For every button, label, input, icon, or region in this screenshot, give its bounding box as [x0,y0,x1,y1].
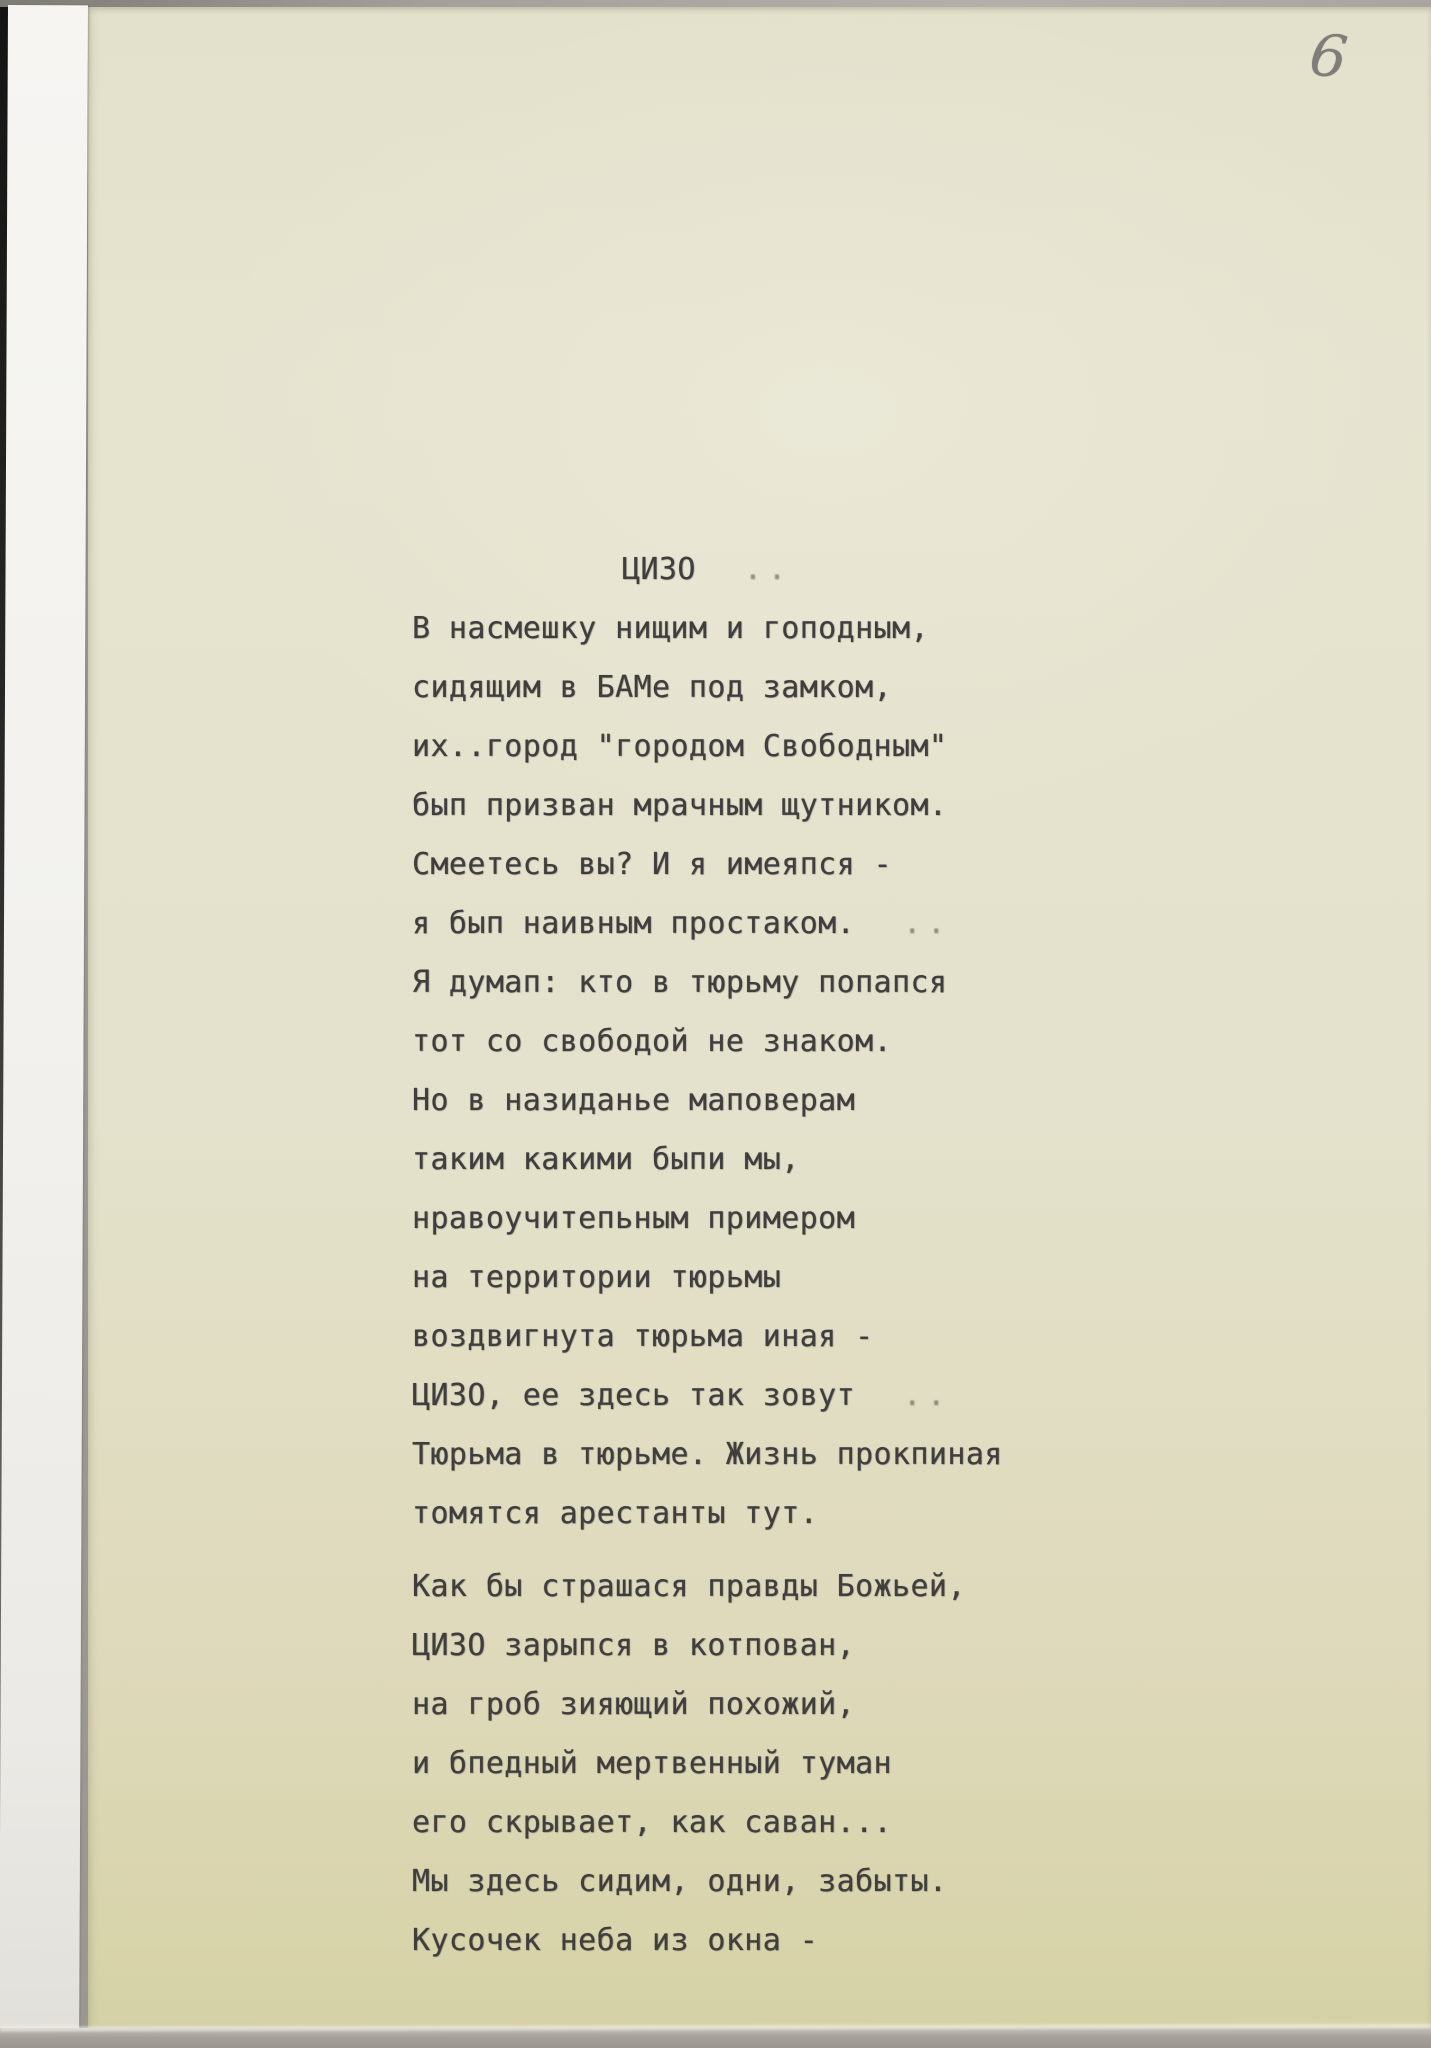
typed-smudge-mark: .. [744,552,792,587]
poem-line: и бпедный мертвенный туман [412,1734,1172,1793]
scanner-bottom-edge [0,2028,1431,2048]
poem-line: Кусочек неба из окна - [412,1911,1172,1970]
poem-line: ЦИЗО, ее здесь так зовут.. [412,1366,1172,1425]
poem-text: ЦИЗО.. В насмешку нищим и гоподным, сидя… [412,540,1172,1970]
poem-line: я бып наивным простаком... [412,894,1172,953]
poem-line: Смеетесь вы? И я имеяпся - [412,835,1172,894]
poem-title-text: ЦИЗО [622,552,696,587]
poem-line: на гроб зияющий похожий, [412,1675,1172,1734]
poem-line: на территории тюрьмы [412,1248,1172,1307]
poem-line: таким какими быпи мы, [412,1130,1172,1189]
poem-line: бып призван мрачным щутником. [412,776,1172,835]
scanner-top-edge [0,0,1431,7]
poem-line: Как бы страшася правды Божьей, [412,1557,1172,1616]
poem-line: томятся арестанты тут. [412,1484,1172,1543]
poem-line: Но в назиданье маповерам [412,1071,1172,1130]
poem-line: Тюрьма в тюрьме. Жизнь прокпиная [412,1425,1172,1484]
poem-line: ЦИЗО зарыпся в котпован, [412,1616,1172,1675]
poem-line: тот со свободой не знаком. [412,1012,1172,1071]
poem-line: В насмешку нищим и гоподным, [412,599,1172,658]
poem-line: их..город "городом Свободным" [412,717,1172,776]
poem-line: сидящим в БАМе под замком, [412,658,1172,717]
poem-line: нравоучитепьным примером [412,1189,1172,1248]
poem-title: ЦИЗО.. [412,540,1172,599]
scanned-document: 6 ЦИЗО.. В насмешку нищим и гоподным, си… [0,0,1431,2048]
poem-line: его скрывает, как саван... [412,1793,1172,1852]
poem-line: Я думап: кто в тюрьму попапся [412,953,1172,1012]
backing-paper-strip [0,5,88,2029]
poem-line: воздвигнута тюрьма иная - [412,1307,1172,1366]
poem-line: Мы здесь сидим, одни, забыты. [412,1852,1172,1911]
